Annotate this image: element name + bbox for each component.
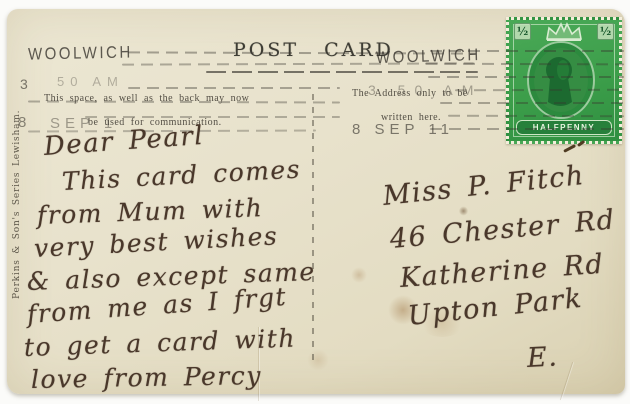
address-line: 46 Chester Rd <box>389 204 617 255</box>
left-instruction-line1: This space, as well as the back may now <box>44 93 249 104</box>
postage-stamp: ½ ½ HALFPENNY <box>506 17 622 144</box>
cancel-line <box>128 87 340 89</box>
address-divider-line <box>312 94 314 366</box>
postmark-hour-left: 3 <box>20 76 28 92</box>
cancel-line <box>428 76 624 78</box>
ink-mark <box>563 144 576 152</box>
message-line: love from Percy <box>31 361 262 394</box>
publisher-imprint: Perkins & Son's Series Lewisham. <box>12 110 22 299</box>
cancel-line <box>440 102 624 104</box>
postmark-date-right: 8 SEP 11 <box>352 121 454 138</box>
postmark-time-right: 3 50 AM <box>368 82 482 98</box>
crease-line <box>560 362 573 400</box>
crown-icon <box>541 22 587 42</box>
message-line: to get a card with <box>23 324 296 362</box>
stain <box>459 206 468 216</box>
king-portrait-icon <box>526 40 596 120</box>
address-line: E. <box>526 341 559 374</box>
stamp-value-right: ½ <box>597 23 614 40</box>
title-ornament-rule <box>206 71 478 73</box>
postmark-time-left: 50 AM <box>57 74 124 89</box>
stamp-value-left: ½ <box>514 23 531 40</box>
postcard-scan: ½ ½ HALFPENNY WOOLWICH WOOLW <box>0 0 630 404</box>
cancel-line <box>430 128 624 130</box>
message-line: This card comes <box>61 154 301 195</box>
postcard: ½ ½ HALFPENNY WOOLWICH WOOLW <box>7 9 625 394</box>
cancel-line <box>430 50 624 52</box>
address-line: Miss P. Fitch <box>381 160 586 212</box>
stain <box>307 349 329 371</box>
postmark-town-left: WOOLWICH <box>28 43 133 64</box>
post-card-title: POST CARD <box>233 39 394 61</box>
cancel-line <box>448 115 624 118</box>
stain <box>351 267 367 283</box>
